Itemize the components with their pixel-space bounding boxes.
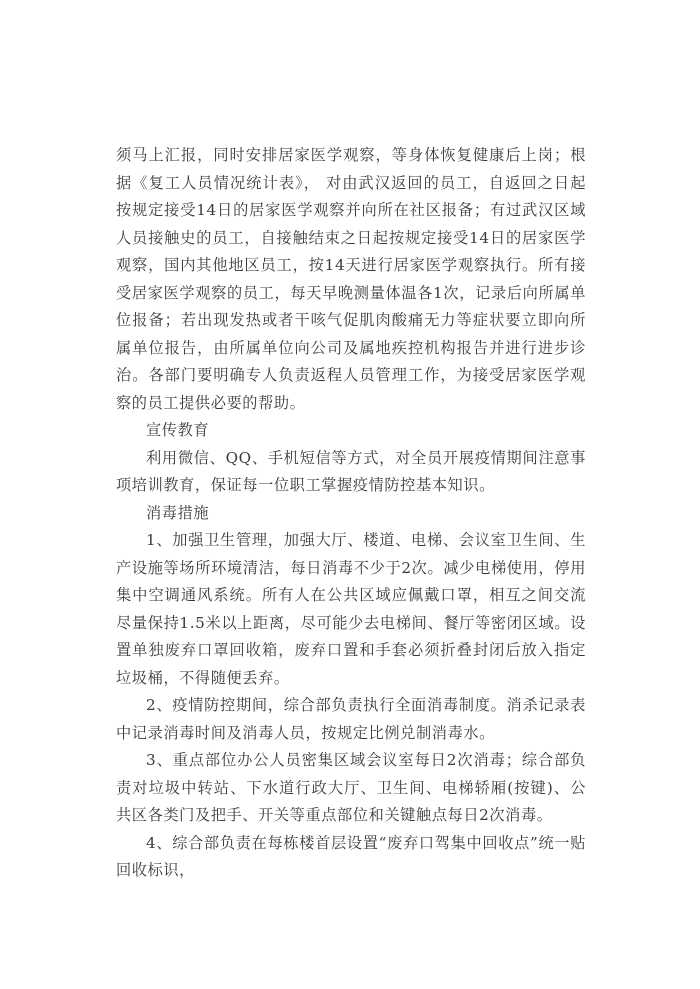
section-heading-publicity: 宣传教育 <box>116 417 586 445</box>
document-page: 须马上汇报，同时安排居家医学观察，等身体恢复健康后上岗；根据《复工人员情况统计表… <box>0 0 700 989</box>
document-body: 须马上汇报，同时安排居家医学观察，等身体恢复健康后上岗；根据《复工人员情况统计表… <box>116 142 586 885</box>
paragraph-item-2: 2、疫情防控期间，综合部负责执行全面消毒制度。消杀记录表中记录消毒时间及消毒人员… <box>116 692 586 747</box>
paragraph-item-1: 1、加强卫生管理，加强大厅、楼道、电梯、会议室卫生间、生产设施等场所环境清洁，每… <box>116 527 586 692</box>
paragraph-publicity: 利用微信、QQ、手机短信等方式，对全员开展疫情期间注意事项培训教育，保证每一位职… <box>116 445 586 500</box>
section-heading-disinfection: 消毒措施 <box>116 500 586 528</box>
paragraph-item-3: 3、重点部位办公人员密集区域会议室每日2次消毒；综合部负责对垃圾中转站、下水道行… <box>116 747 586 830</box>
paragraph-continuation: 须马上汇报，同时安排居家医学观察，等身体恢复健康后上岗；根据《复工人员情况统计表… <box>116 142 586 417</box>
paragraph-item-4: 4、综合部负责在每栋楼首层设置“废弃口驾集中回收点”统一贴回收标识， <box>116 830 586 885</box>
